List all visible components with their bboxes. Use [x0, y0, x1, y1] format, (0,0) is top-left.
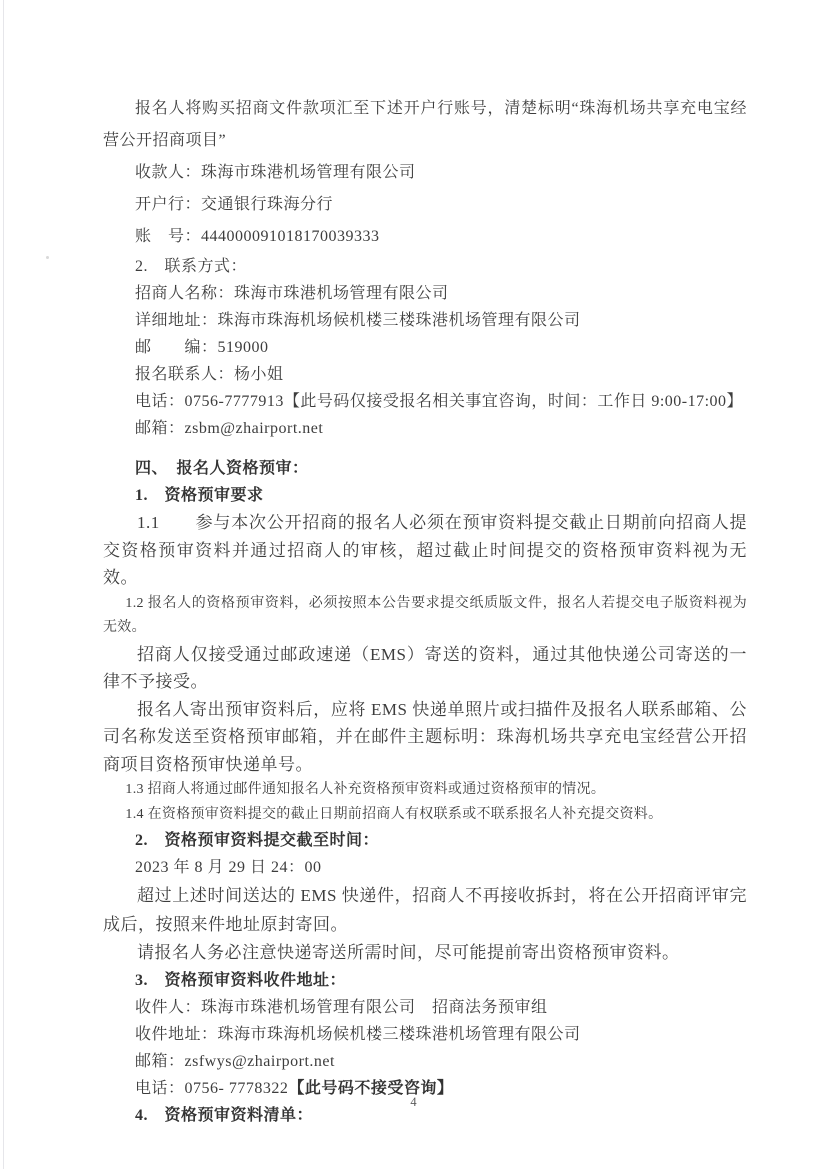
postcode-line: 邮 编：519000 [103, 334, 747, 361]
dust-speck [46, 256, 49, 259]
clause-1-4: 1.4 在资格预审资料提交的截止日期前招商人有权联系或不联系报名人补充提交资料。 [103, 803, 747, 828]
receiving-address-heading: 3. 资格预审资料收件地址： [103, 967, 747, 994]
prequal-requirements-heading: 1. 资格预审要求 [103, 482, 747, 509]
clause-1-2: 1.2 报名人的资格预审资料，必须按照本公告要求提交纸质版文件，报名人若提交电子… [103, 592, 747, 641]
contact-email-line: 邮箱：zsbm@zhairport.net [103, 415, 747, 442]
payment-intro-paragraph: 报名人将购买招商文件款项汇至下述开户行账号，清楚标明“珠海机场共享充电宝经营公开… [103, 93, 747, 157]
bank-line: 开户行：交通银行珠海分行 [103, 189, 747, 221]
deadline-heading: 2. 资格预审资料提交截至时间： [103, 827, 747, 854]
overdue-paragraph: 超过上述时间送达的 EMS 快递件，招商人不再接收拆封，将在公开招商评审完成后，… [103, 881, 747, 939]
agent-name-line: 招商人名称：珠海市珠港机场管理有限公司 [103, 280, 747, 307]
agent-address-line: 详细地址：珠海市珠海机场候机楼三楼珠港机场管理有限公司 [103, 307, 747, 334]
clause-1-1: 1.1 参与本次公开招商的报名人必须在预审资料提交截止日期前向招商人提交资格预审… [103, 509, 747, 592]
contact-phone-line: 电话：0756-7777913【此号码仅接受报名相关事宜咨询，时间：工作日 9:… [103, 388, 747, 415]
ems-only-paragraph: 招商人仅接受通过邮政速递（EMS）寄送的资料，通过其他快递公司寄送的一律不予接受… [103, 641, 747, 696]
recipient-line: 收件人：珠海市珠港机场管理有限公司 招商法务预审组 [103, 994, 747, 1021]
clause-1-3: 1.3 招商人将通过邮件通知报名人补充资格预审资料或通过资格预审的情况。 [103, 778, 747, 803]
account-number-line: 账 号：444000091018170039333 [103, 221, 747, 253]
scan-edge-artifact [3, 0, 4, 1169]
mail-notice-paragraph: 报名人寄出预审资料后，应将 EMS 快递单照片或扫描件及报名人联系邮箱、公司名称… [103, 696, 747, 779]
deadline-date-line: 2023 年 8 月 29 日 24：00 [103, 854, 747, 881]
prequal-email-line: 邮箱：zsfwys@zhairport.net [103, 1048, 747, 1075]
contact-person-line: 报名联系人：杨小姐 [103, 361, 747, 388]
section4-heading: 四、 报名人资格预审： [103, 455, 747, 482]
prequal-phone-note: 【此号码不接受咨询】 [288, 1080, 453, 1097]
recipient-address-line: 收件地址：珠海市珠海机场候机楼三楼珠港机场管理有限公司 [103, 1021, 747, 1048]
contact-heading: 2. 联系方式： [103, 253, 747, 280]
prequal-phone-number: 电话：0756- 7778322 [135, 1080, 288, 1097]
page-number: 4 [0, 1095, 827, 1110]
reminder-paragraph: 请报名人务必注意快递寄送所需时间，尽可能提前寄出资格预审资料。 [103, 939, 747, 967]
page-content: 报名人将购买招商文件款项汇至下述开户行账号，清楚标明“珠海机场共享充电宝经营公开… [103, 93, 747, 1129]
document-page: 报名人将购买招商文件款项汇至下述开户行账号，清楚标明“珠海机场共享充电宝经营公开… [0, 0, 827, 1169]
payee-line: 收款人：珠海市珠港机场管理有限公司 [103, 157, 747, 189]
